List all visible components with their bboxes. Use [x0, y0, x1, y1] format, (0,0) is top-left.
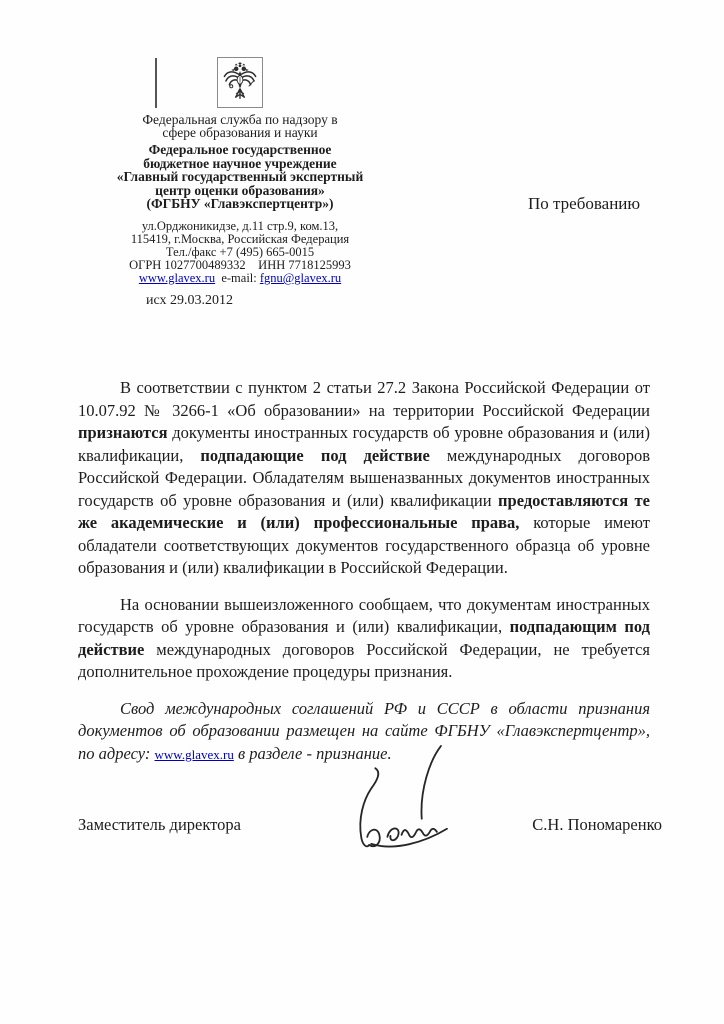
russia-coat-of-arms-icon	[221, 61, 259, 104]
text-segment: В соответствии с пунктом 2 статьи 27.2 З…	[78, 378, 650, 420]
paragraph-conclusion: На основании вышеизложенного сообщаем, ч…	[78, 594, 650, 684]
city-address: 115419, г.Москва, Российская Федерация	[84, 233, 396, 246]
agency-name-line: сфере образования и науки	[84, 126, 396, 139]
org-name-line: «Главный государственный экспертный	[84, 170, 396, 184]
inline-link[interactable]: www.glavex.ru	[139, 271, 215, 285]
org-name-line: центр оценки образования»	[84, 184, 396, 198]
signer-name: С.Н. Пономаренко	[532, 815, 662, 835]
supervising-agency-name: Федеральная служба по надзору в сфере об…	[84, 113, 396, 139]
paragraph-legal-basis: В соответствии с пунктом 2 статьи 27.2 З…	[78, 377, 650, 580]
inline-link[interactable]: www.glavex.ru	[155, 747, 234, 762]
signer-position: Заместитель директора	[78, 815, 241, 835]
phone-fax: Тел./факс +7 (495) 665-0015	[84, 246, 396, 259]
letterhead: Федеральная служба по надзору в сфере об…	[84, 57, 396, 285]
signature-row: Заместитель директора С.Н. Пономаренко	[78, 815, 662, 835]
website-email-line: www.glavex.ru e-mail: fgnu@glavex.ru	[84, 272, 396, 285]
bold-text-segment: подпадающие под действие	[200, 446, 429, 465]
street-address: ул.Орджоникидзе, д.11 стр.9, ком.13,	[84, 220, 396, 233]
org-name-line: Федеральное государственное	[84, 143, 396, 157]
text-segment: международных договоров Российской Федер…	[78, 640, 650, 682]
organization-name: Федеральное государственное бюджетное на…	[84, 143, 396, 211]
outgoing-reference-date: исх 29.03.2012	[146, 293, 233, 309]
scanned-letter-page: Федеральная служба по надзору в сфере об…	[0, 0, 724, 1024]
ogrn-inn: ОГРН 1027700489332 ИНН 7718125993	[84, 259, 396, 272]
text-segment: e-mail:	[215, 271, 260, 285]
handwritten-signature	[340, 744, 452, 852]
org-name-line: (ФГБНУ «Главэкспертцентр»)	[84, 197, 396, 211]
address-block: ул.Орджоникидзе, д.11 стр.9, ком.13, 115…	[84, 220, 396, 286]
recipient-note: По требованию	[528, 194, 640, 214]
letter-body: В соответствии с пунктом 2 статьи 27.2 З…	[78, 377, 650, 780]
emblem-box	[217, 57, 263, 108]
inline-link[interactable]: fgnu@glavex.ru	[260, 271, 341, 285]
org-name-line: бюджетное научное учреждение	[84, 157, 396, 171]
bold-text-segment: признаются	[78, 423, 168, 442]
